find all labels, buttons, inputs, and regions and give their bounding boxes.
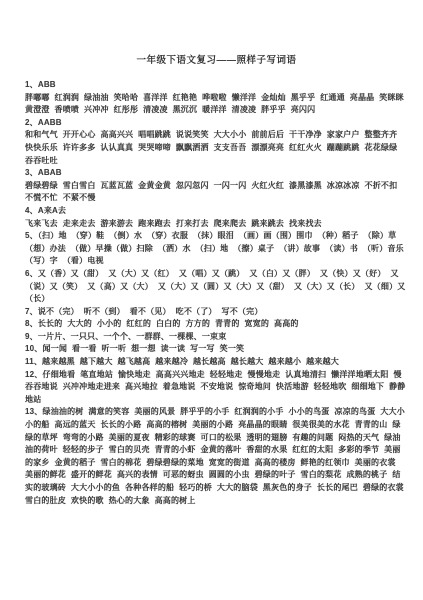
section-yue-lai-yue: 11、越来越黑 越下越大 越飞越高 越来越冷 越长越高 越长越大 越来越小 越来… [25, 356, 408, 369]
section-heading: 1、ABB [25, 79, 408, 92]
section-body: 13、绿油油的树 满意的笑容 美丽的风景 胖乎乎的小手 红润润的小手 小小的鸟蛋… [25, 406, 408, 507]
section-wen-yi-wen: 10、闻一闻 看一看 听一听 想一想 读一读 写一写 笑一笑 [25, 343, 408, 356]
section-verb-object: 5、（扫）地 （穿）鞋 （倒）水 （穿）衣服 （抹）眼泪 （画）画（围）围巾 （… [25, 230, 408, 268]
section-heading: 3、ABAB [25, 167, 408, 180]
section-body: 胖嘟嘟 红润润 绿油油 笑哈哈 喜洋洋 红艳艳 哗啦啦 懒洋洋 金灿灿 黑乎乎 … [25, 92, 408, 117]
worksheet-page: 一年级下语文复习——照样子写词语 1、ABB 胖嘟嘟 红润润 绿油油 笑哈哈 喜… [0, 0, 423, 600]
section-heading: 2、AABB [25, 117, 408, 130]
section-body: 9、一片片、一只只、一个个、一群群、一棵棵、一束束 [25, 331, 408, 344]
section-body: 碧绿碧绿 雪白雪白 瓦蓝瓦蓝 金黄金黄 忽闪忽闪 一闪一闪 火红火红 漆黑漆黑 … [25, 180, 408, 205]
section-body: 5、（扫）地 （穿）鞋 （倒）水 （穿）衣服 （抹）眼泪 （画）画（围）围巾 （… [25, 230, 408, 268]
section-body: 11、越来越黑 越下越大 越飞越高 越来越冷 越长越高 越长越大 越来越小 越来… [25, 356, 408, 369]
section-body: 6、又（香）又（甜） 又（大）又（红） 又（唱）又（跳） 又（白）又（胖） 又（… [25, 268, 408, 306]
section-shuo-bu: 7、说不（完） 听不（到） 看不（见） 吃不（了） 写不（完） [25, 306, 408, 319]
section-de-adverb: 12、仔细地看 笔直地站 愉快地走 高高兴兴地走 轻轻地走 慢慢地走 认真地清扫… [25, 369, 408, 407]
section-you-you: 6、又（香）又（甜） 又（大）又（红） 又（唱）又（跳） 又（白）又（胖） 又（… [25, 268, 408, 306]
section-body: 飞来飞去 走来走去 游来游去 跑来跑去 打来打去 爬来爬去 跳来跳去 找来找去 [25, 218, 408, 231]
section-aabb: 2、AABB 和和气气 开开心心 高高兴兴 唱唱跳跳 说说笑笑 大大小小 前前后… [25, 117, 408, 167]
section-body: 12、仔细地看 笔直地站 愉快地走 高高兴兴地走 轻轻地走 慢慢地走 认真地清扫… [25, 369, 408, 407]
section-de-adjective: 13、绿油油的树 满意的笑容 美丽的风景 胖乎乎的小手 红润润的小手 小小的鸟蛋… [25, 406, 408, 507]
section-heading: 4、A来A去 [25, 205, 408, 218]
section-body: 8、长长的 大大的 小小的 红红的 白白的 方方的 青青的 宽宽的 高高的 [25, 318, 408, 331]
page-title: 一年级下语文复习——照样子写词语 [25, 52, 408, 66]
section-body: 和和气气 开开心心 高高兴兴 唱唱跳跳 说说笑笑 大大小小 前前后后 干干净净 … [25, 129, 408, 167]
section-abb: 1、ABB 胖嘟嘟 红润润 绿油油 笑哈哈 喜洋洋 红艳艳 哗啦啦 懒洋洋 金灿… [25, 79, 408, 117]
section-abab: 3、ABAB 碧绿碧绿 雪白雪白 瓦蓝瓦蓝 金黄金黄 忽闪忽闪 一闪一闪 火红火… [25, 167, 408, 205]
section-body: 7、说不（完） 听不（到） 看不（见） 吃不（了） 写不（完） [25, 306, 408, 319]
section-body: 10、闻一闻 看一看 听一听 想一想 读一读 写一写 笑一笑 [25, 343, 408, 356]
section-a-lai-a-qu: 4、A来A去 飞来飞去 走来走去 游来游去 跑来跑去 打来打去 爬来爬去 跳来跳… [25, 205, 408, 230]
section-yi-pian-pian: 9、一片片、一只只、一个个、一群群、一棵棵、一束束 [25, 331, 408, 344]
section-aa-de: 8、长长的 大大的 小小的 红红的 白白的 方方的 青青的 宽宽的 高高的 [25, 318, 408, 331]
